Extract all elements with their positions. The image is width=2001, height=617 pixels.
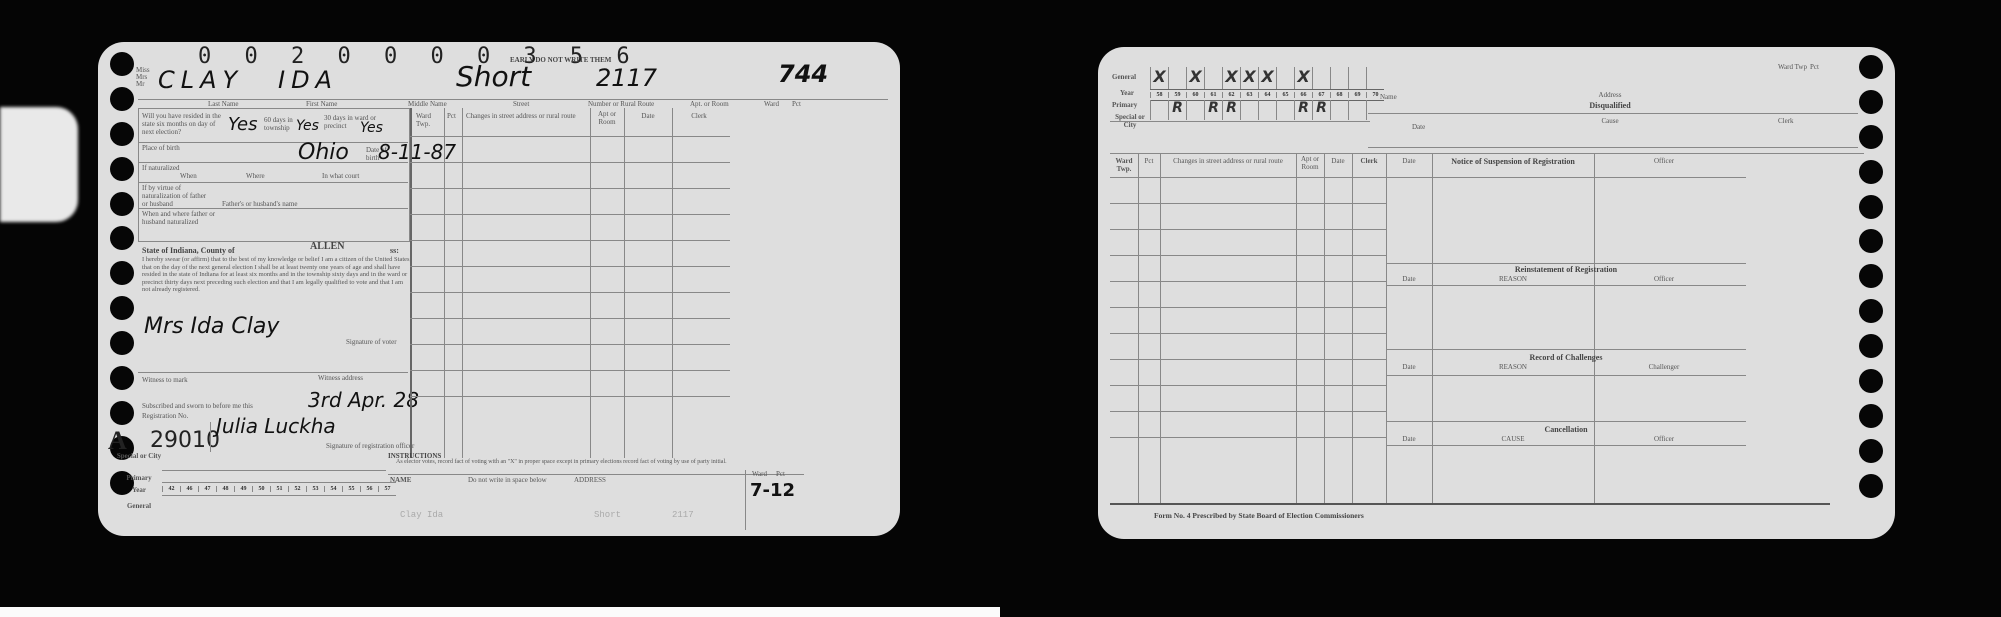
back-primary-marks: RRRRR: [1150, 100, 1384, 120]
signature-officer-label: Signature of registration officer: [326, 442, 414, 450]
cancellation-header-officer: Officer: [1594, 435, 1734, 443]
instructions-text: As elector votes, record fact of voting …: [396, 459, 792, 466]
instructions-name-label: NAME: [390, 476, 411, 484]
apt-label: Apt. or Room: [690, 100, 729, 108]
punch-holes-right: [1859, 55, 1883, 509]
township-answer: Yes: [296, 118, 319, 134]
county-value: ALLEN: [310, 242, 344, 251]
resided-state-label: Will you have resided in the state six m…: [142, 112, 224, 136]
back-grid-label-general: General: [1112, 73, 1136, 81]
last-name-value: CLAY: [158, 66, 243, 94]
ward-label: Ward: [764, 100, 779, 108]
card-tab-edge: [0, 107, 78, 222]
street-value: Short: [456, 60, 531, 93]
title-options: Miss Mrs Mr: [136, 67, 150, 88]
grid-label-year: Year: [116, 486, 162, 494]
back-changes-header-ward: Ward Twp.: [1110, 157, 1138, 173]
grid-label-general: General: [116, 502, 162, 510]
signature-voter-label: Signature of voter: [346, 338, 397, 346]
reinstatement-header-officer: Officer: [1594, 275, 1734, 283]
suspension-header-date: Date: [1386, 157, 1432, 165]
scan-border-strip: [0, 607, 1000, 617]
place-of-birth-label: Place of birth: [142, 144, 182, 152]
oath-heading: State of Indiana, County of: [142, 246, 235, 255]
back-changes-header-apt: Apt or Room: [1296, 155, 1324, 171]
stamped-name: Clay Ida: [400, 510, 443, 520]
cancellation-header-date: Date: [1386, 435, 1432, 443]
reinstatement-header-date: Date: [1386, 275, 1432, 283]
when-label: When: [180, 172, 197, 180]
number-label: Number or Rural Route: [588, 100, 654, 108]
grid-label-special: Special or City: [116, 452, 162, 460]
subscribed-date: 3rd Apr. 28: [308, 388, 419, 412]
front-year-row: 42464748495051525354555657: [162, 482, 396, 496]
back-changes-header-date: Date: [1324, 157, 1352, 165]
challenges-header-challenger: Challenger: [1594, 363, 1734, 371]
back-general-marks: XXXXXX: [1150, 67, 1384, 89]
witness-address-label: Witness address: [318, 374, 363, 382]
last-name-label: Last Name: [208, 100, 239, 108]
back-clerk-label: Clerk: [1778, 117, 1794, 125]
middle-name-label: Middle Name: [408, 100, 447, 108]
back-ward-twp-label: Ward Twp: [1778, 63, 1808, 71]
back-name-label: Name: [1380, 93, 1397, 101]
virtue-label: If by virtue of naturalization of father…: [142, 184, 212, 208]
back-date-label: Date: [1412, 123, 1425, 131]
registration-card-back: General Year Primary Special or City 585…: [1098, 47, 1895, 539]
cancellation-header-cause: CAUSE: [1432, 435, 1594, 443]
back-disqualified-label: Disqualified: [1560, 101, 1660, 110]
ward-pct-value: 744: [778, 60, 828, 88]
instructions-ward-label: Ward: [752, 470, 767, 478]
back-cause-label: Cause: [1560, 117, 1660, 125]
challenges-title: Record of Challenges: [1386, 353, 1746, 362]
officer-signature: Julia Luckha: [216, 414, 336, 438]
suspension-title: Notice of Suspension of Registration: [1432, 157, 1594, 166]
back-changes-table: Ward Twp. Pct Changes in street address …: [1110, 153, 1400, 503]
reinstatement-title: Reinstatement of Registration: [1386, 265, 1746, 274]
stamped-street: Short: [594, 510, 621, 520]
registration-no-label: Registration No.: [142, 412, 188, 420]
resided-state-answer: Yes: [228, 114, 257, 135]
witness-mark-label: Witness to mark: [142, 376, 188, 384]
first-name-value: IDA: [278, 66, 338, 94]
challenges-header-date: Date: [1386, 363, 1432, 371]
ward-precinct-answer: Yes: [360, 120, 383, 136]
back-grid-label-year: Year: [1120, 89, 1134, 97]
back-changes-header-pct: Pct: [1138, 157, 1160, 165]
suspension-header-officer: Officer: [1594, 157, 1734, 165]
challenges-header-reason: REASON: [1432, 363, 1594, 371]
voter-signature: Mrs Ida Clay: [144, 314, 279, 339]
changes-header-date: Date: [626, 112, 670, 120]
changes-header-pct: Pct: [447, 112, 456, 120]
status-sections: Date Notice of Suspension of Registratio…: [1386, 153, 1852, 503]
father-name-label: Father's or husband's name: [222, 200, 297, 208]
stamped-number: 2117: [672, 510, 694, 520]
naturalized-label: If naturalized: [142, 164, 182, 172]
street-label: Street: [513, 100, 529, 108]
back-changes-header-address: Changes in street address or rural route: [1160, 157, 1296, 165]
oath-suffix: ss:: [390, 246, 399, 255]
reinstatement-header-reason: REASON: [1432, 275, 1594, 283]
changes-table: Ward Twp. Pct Changes in street address …: [410, 108, 888, 458]
pct-label: Pct: [792, 100, 801, 108]
grid-label-primary: Primary: [116, 474, 162, 482]
back-grid-label-primary: Primary: [1112, 101, 1137, 109]
back-address-label: Address: [1560, 91, 1660, 99]
father-when-label: When and where father or husband natural…: [142, 210, 232, 226]
back-changes-header-clerk: Clerk: [1352, 157, 1386, 165]
number-value: 2117: [596, 64, 657, 92]
registration-card-front: 0 0 2 0 0 0 0 3 5 6 EARLY DO NOT WRITE T…: [98, 42, 900, 536]
changes-header-ward: Ward Twp.: [416, 112, 442, 128]
court-label: In what court: [322, 172, 359, 180]
where-label: Where: [246, 172, 265, 180]
back-voting-grid: General Year Primary Special or City 585…: [1110, 67, 1370, 143]
changes-header-address: Changes in street address or rural route: [466, 112, 590, 120]
back-pct-label: Pct: [1810, 63, 1819, 71]
changes-header-clerk: Clerk: [674, 112, 724, 120]
instructions-pct-label: Pct: [776, 470, 785, 478]
oath-text: I hereby swear (or affirm) that to the b…: [142, 256, 412, 294]
instructions-do-not-write: Do not write in space below: [468, 476, 547, 484]
cancellation-title: Cancellation: [1386, 425, 1746, 434]
form-footer: Form No. 4 Prescribed by State Board of …: [1154, 511, 1364, 520]
first-name-label: First Name: [306, 100, 337, 108]
instructions-address-label: ADDRESS: [574, 476, 606, 484]
changes-header-apt: Apt or Room: [592, 110, 622, 126]
subscribed-label: Subscribed and sworn to before me this: [142, 402, 253, 410]
ward-pct-box-value: 7-12: [750, 480, 795, 501]
